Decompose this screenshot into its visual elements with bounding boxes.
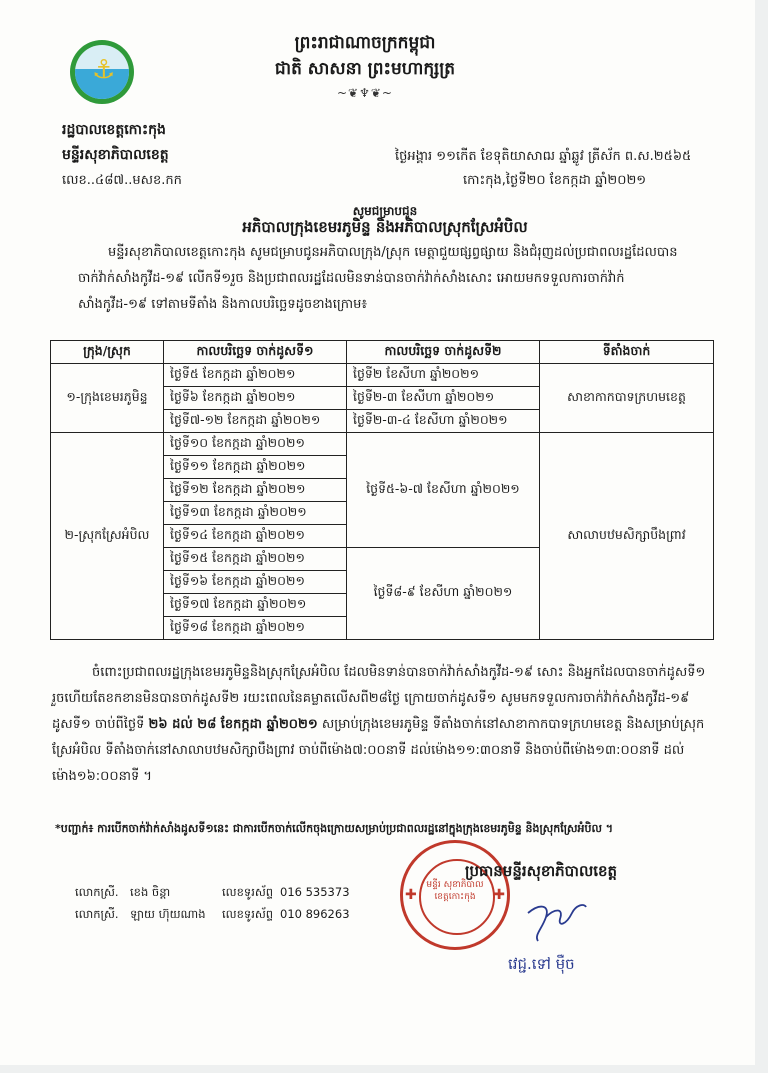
vaccination-date-range: ២៦ ដល់ ២៨ ខែកក្កដា ឆ្នាំ២០២១ [149,717,318,732]
header-dose1: កាលបរិច្ឆេទ ចាក់ដូសទី១ [164,341,347,364]
dose1-cell: ថ្ងៃទី១៥ ខែកក្កដា ឆ្នាំ២០២១ [164,548,347,571]
location-cell: សាខាកាកបាទក្រហមខេត្ត [540,364,714,433]
contact-phone-2: 010 896263 [280,907,350,921]
place-date: កោះកុង,ថ្ងៃទី២០ ខែកក្កដា ឆ្នាំ២០២១ [463,172,646,191]
header-dose2: កាលបរិច្ឆេទ ចាក់ដូសទី២ [347,341,540,364]
contact-phone-1: 016 535373 [280,885,350,899]
intro-paragraph: មន្ទីរសុខាភិបាលខេត្តកោះកុង សូមជម្រាបជូនអ… [78,240,678,318]
table-row: ២-ស្រុកស្រែអំបិលថ្ងៃទី១០ ខែកក្កដា ឆ្នាំ២… [51,433,714,456]
ornament-divider: ~❦♆❦~ [330,86,400,100]
contact-title-2: លោកស្រី. [75,907,119,924]
dose2-cell: ថ្ងៃទី២-៣ ខែសីហា ឆ្នាំ២០២១ [347,387,540,410]
red-cross-icon: ✚ [493,887,505,903]
document-page: ⚓ ព្រះរាជាណាចក្រកម្ពុជា ជាតិ សាសនា ព្រះម… [0,0,755,1065]
area-cell: ១-ក្រុងខេមរភូមិន្ទ [51,364,164,433]
area-cell: ២-ស្រុកស្រែអំបិល [51,433,164,640]
reference-number: លេខ..៤៨៧..មសខ.កក [62,172,182,191]
vaccination-schedule-table: ក្រុង/ស្រុក កាលបរិច្ឆេទ ចាក់ដូសទី១ កាលបរ… [50,340,714,640]
dose1-cell: ថ្ងៃទី៦ ខែកក្កដា ឆ្នាំ២០២១ [164,387,347,410]
dose2-cell: ថ្ងៃទី៥-៦-៧ ខែសីហា ឆ្នាំ២០២១ [347,433,540,548]
handwritten-signature [520,895,590,945]
dose2-cell: ថ្ងៃទី២ ខែសីហា ឆ្នាំ២០២១ [347,364,540,387]
org-province: រដ្ឋបាលខេត្តកោះកុង [62,120,166,141]
recipient-title: អភិបាលក្រុងខេមរភូមិន្ទ និងអភិបាលស្រុកស្រ… [90,218,680,240]
dose1-cell: ថ្ងៃទី១៧ ខែកក្កដា ឆ្នាំ២០២១ [164,594,347,617]
second-paragraph: ចំពោះប្រជាពលរដ្ឋក្រុងខេមរភូមិន្ទនិងស្រុក… [52,660,712,790]
dose1-cell: ថ្ងៃទី១១ ខែកក្កដា ឆ្នាំ២០២១ [164,456,347,479]
final-note: *បញ្ជាក់៖ ការបើកចាក់វ៉ាក់សាំងដូសទី១នេះ ជ… [55,822,613,838]
anchor-icon: ⚓ [92,57,115,83]
kingdom-title: ព្រះរាជាណាចក្រកម្ពុជា [250,32,480,57]
red-cross-icon: ✚ [405,887,417,903]
dose2-cell: ថ្ងៃទី២-៣-៤ ខែសីហា ឆ្នាំ២០២១ [347,410,540,433]
location-cell: សាលាបឋមសិក្សាបឹងព្រាវ [540,433,714,640]
table-row: ១-ក្រុងខេមរភូមិន្ទថ្ងៃទី៥ ខែកក្កដា ឆ្នាំ… [51,364,714,387]
dose1-cell: ថ្ងៃទី១៨ ខែកក្កដា ឆ្នាំ២០២១ [164,617,347,640]
dose1-cell: ថ្ងៃទី១៦ ខែកក្កដា ឆ្នាំ២០២១ [164,571,347,594]
dose1-cell: ថ្ងៃទី១២ ខែកក្កដា ឆ្នាំ២០២១ [164,479,347,502]
signer-title: ប្រធានមន្ទីរសុខាភិបាលខេត្ត [465,862,617,884]
contact-name-2: ឡាយ ហ៊ុយណាង [130,907,206,924]
dose1-cell: ថ្ងៃទី៥ ខែកក្កដា ឆ្នាំ២០២១ [164,364,347,387]
health-department-logo: ⚓ [70,40,134,104]
contact-phone-label-2: លេខទូរស័ព្ទ [222,907,273,924]
dose1-cell: ថ្ងៃទី១៤ ខែកក្កដា ឆ្នាំ២០២១ [164,525,347,548]
dose1-cell: ថ្ងៃទី១៣ ខែកក្កដា ឆ្នាំ២០២១ [164,502,347,525]
org-department: មន្ទីរសុខាភិបាលខេត្ត [62,145,169,166]
contact-title-1: លោកស្រី. [75,885,119,902]
contact-name-1: ខេង ចិន្តា [130,885,170,902]
kingdom-motto: ជាតិ សាសនា ព្រះមហាក្សត្រ [250,58,480,83]
dose1-cell: ថ្ងៃទី៧-១២ ខែកក្កដា ឆ្នាំ២០២១ [164,410,347,433]
contact-phone-label-1: លេខទូរស័ព្ទ [222,885,273,902]
lunar-date: ថ្ងៃអង្គារ ១១កើត ខែទុតិយាសាឍ ឆ្នាំឆ្លូវ … [395,148,691,167]
signer-name: វេជ្ជ.ទៅ ម៉ឺច [508,955,575,977]
dose2-cell: ថ្ងៃទី៨-៩ ខែសីហា ឆ្នាំ២០២១ [347,548,540,640]
table-header-row: ក្រុង/ស្រុក កាលបរិច្ឆេទ ចាក់ដូសទី១ កាលបរ… [51,341,714,364]
header-location: ទីតាំងចាក់ [540,341,714,364]
header-area: ក្រុង/ស្រុក [51,341,164,364]
official-stamp: ✚ ✚ មន្ទីរ សុខាភិបាល ខេត្តកោះកុង [400,840,510,950]
dose1-cell: ថ្ងៃទី១០ ខែកក្កដា ឆ្នាំ២០២១ [164,433,347,456]
